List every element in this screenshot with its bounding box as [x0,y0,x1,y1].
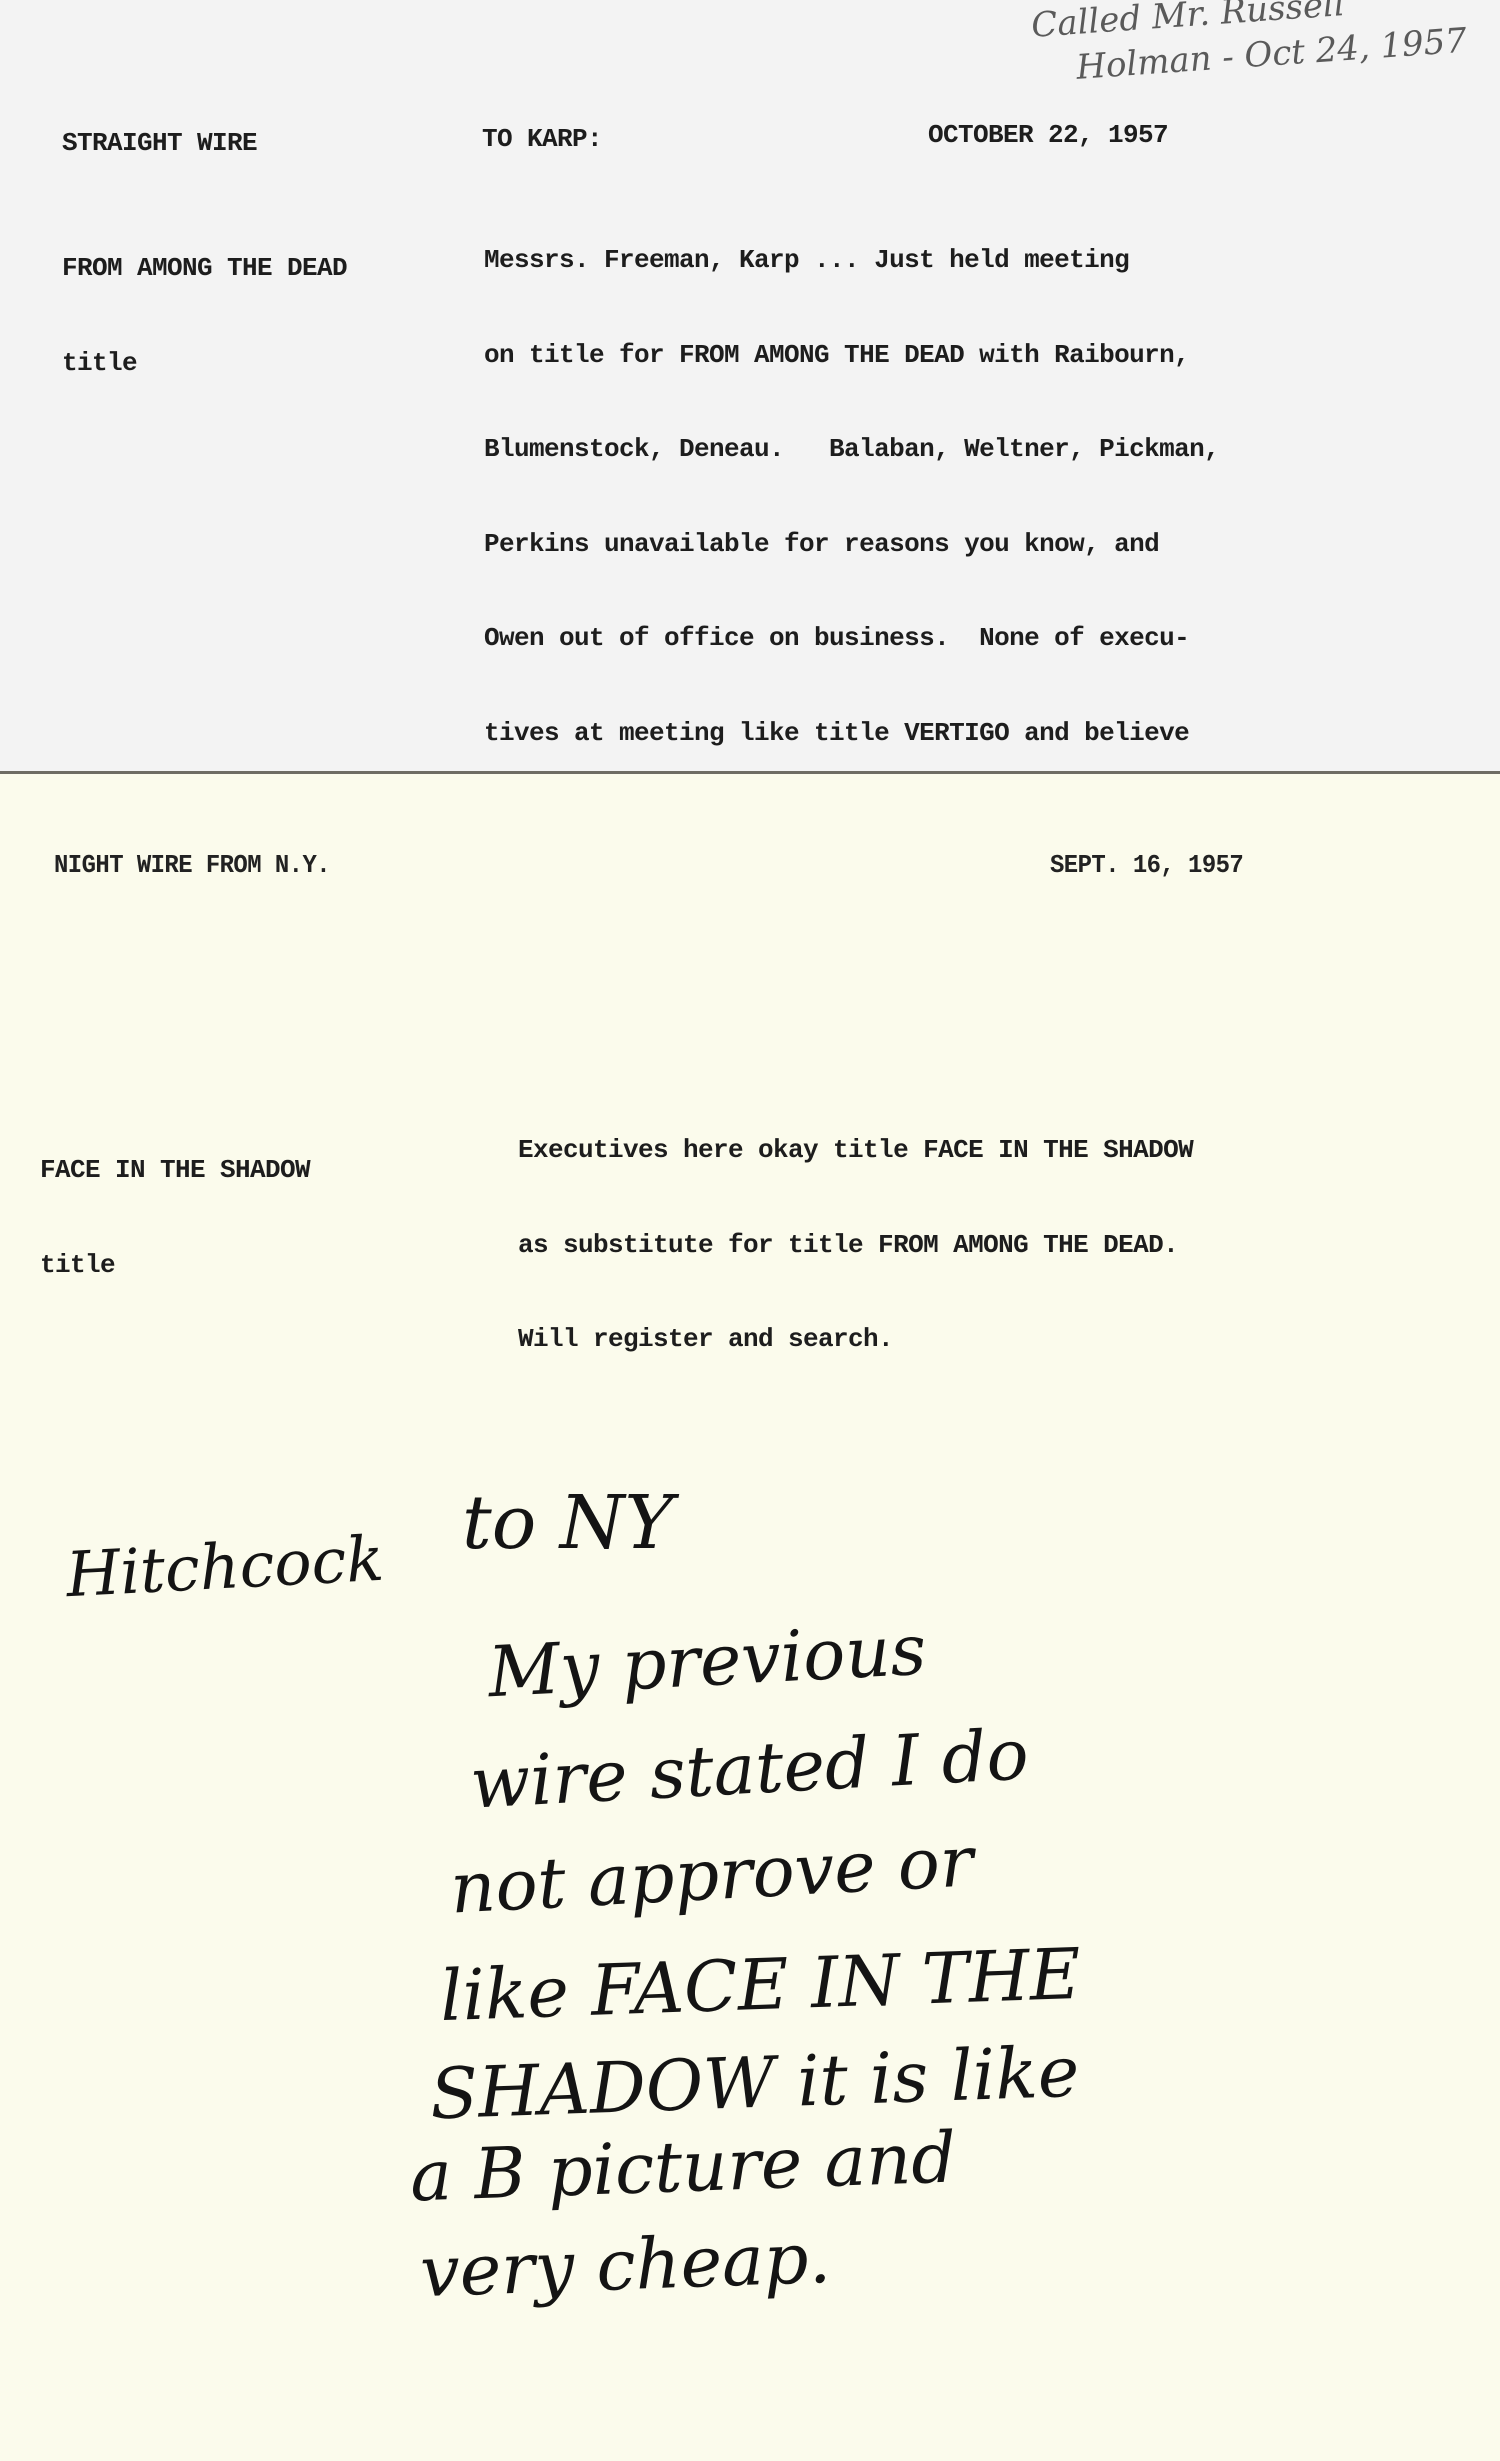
handwritten-line-2: My previous [486,1609,928,1714]
recipient-label: TO KARP: [482,124,602,156]
handwritten-line-3: wire stated I do [468,1713,1030,1824]
handwritten-line-1: to NY [462,1480,673,1566]
subject-title: FACE IN THE SHADOW title [40,1092,310,1344]
subject-title: FROM AMONG THE DEAD title [62,190,347,442]
handwritten-line-4: not approve or [448,1820,975,1929]
telegram-page-september: NIGHT WIRE FROM N.Y. SEPT. 16, 1957 FACE… [0,774,1500,2461]
handwritten-line-8: very cheap. [419,2217,832,2313]
handwritten-sender: Hitchcock [64,1522,385,1612]
wire-type-label: STRAIGHT WIRE [62,128,257,160]
telegram-date: SEPT. 16, 1957 [1050,850,1243,881]
telegram-date: OCTOBER 22, 1957 [928,120,1168,152]
handwritten-line-6: SHADOW it is like [429,2031,1081,2136]
wire-type-label: NIGHT WIRE FROM N.Y. [54,850,330,881]
telegram-page-october: Called Mr. Russell Holman - Oct 24, 1957… [0,0,1500,772]
telegram-body: Executives here okay title FACE IN THE S… [518,1072,1193,1419]
handwritten-line-5: like FACE IN THE [439,1933,1082,2037]
